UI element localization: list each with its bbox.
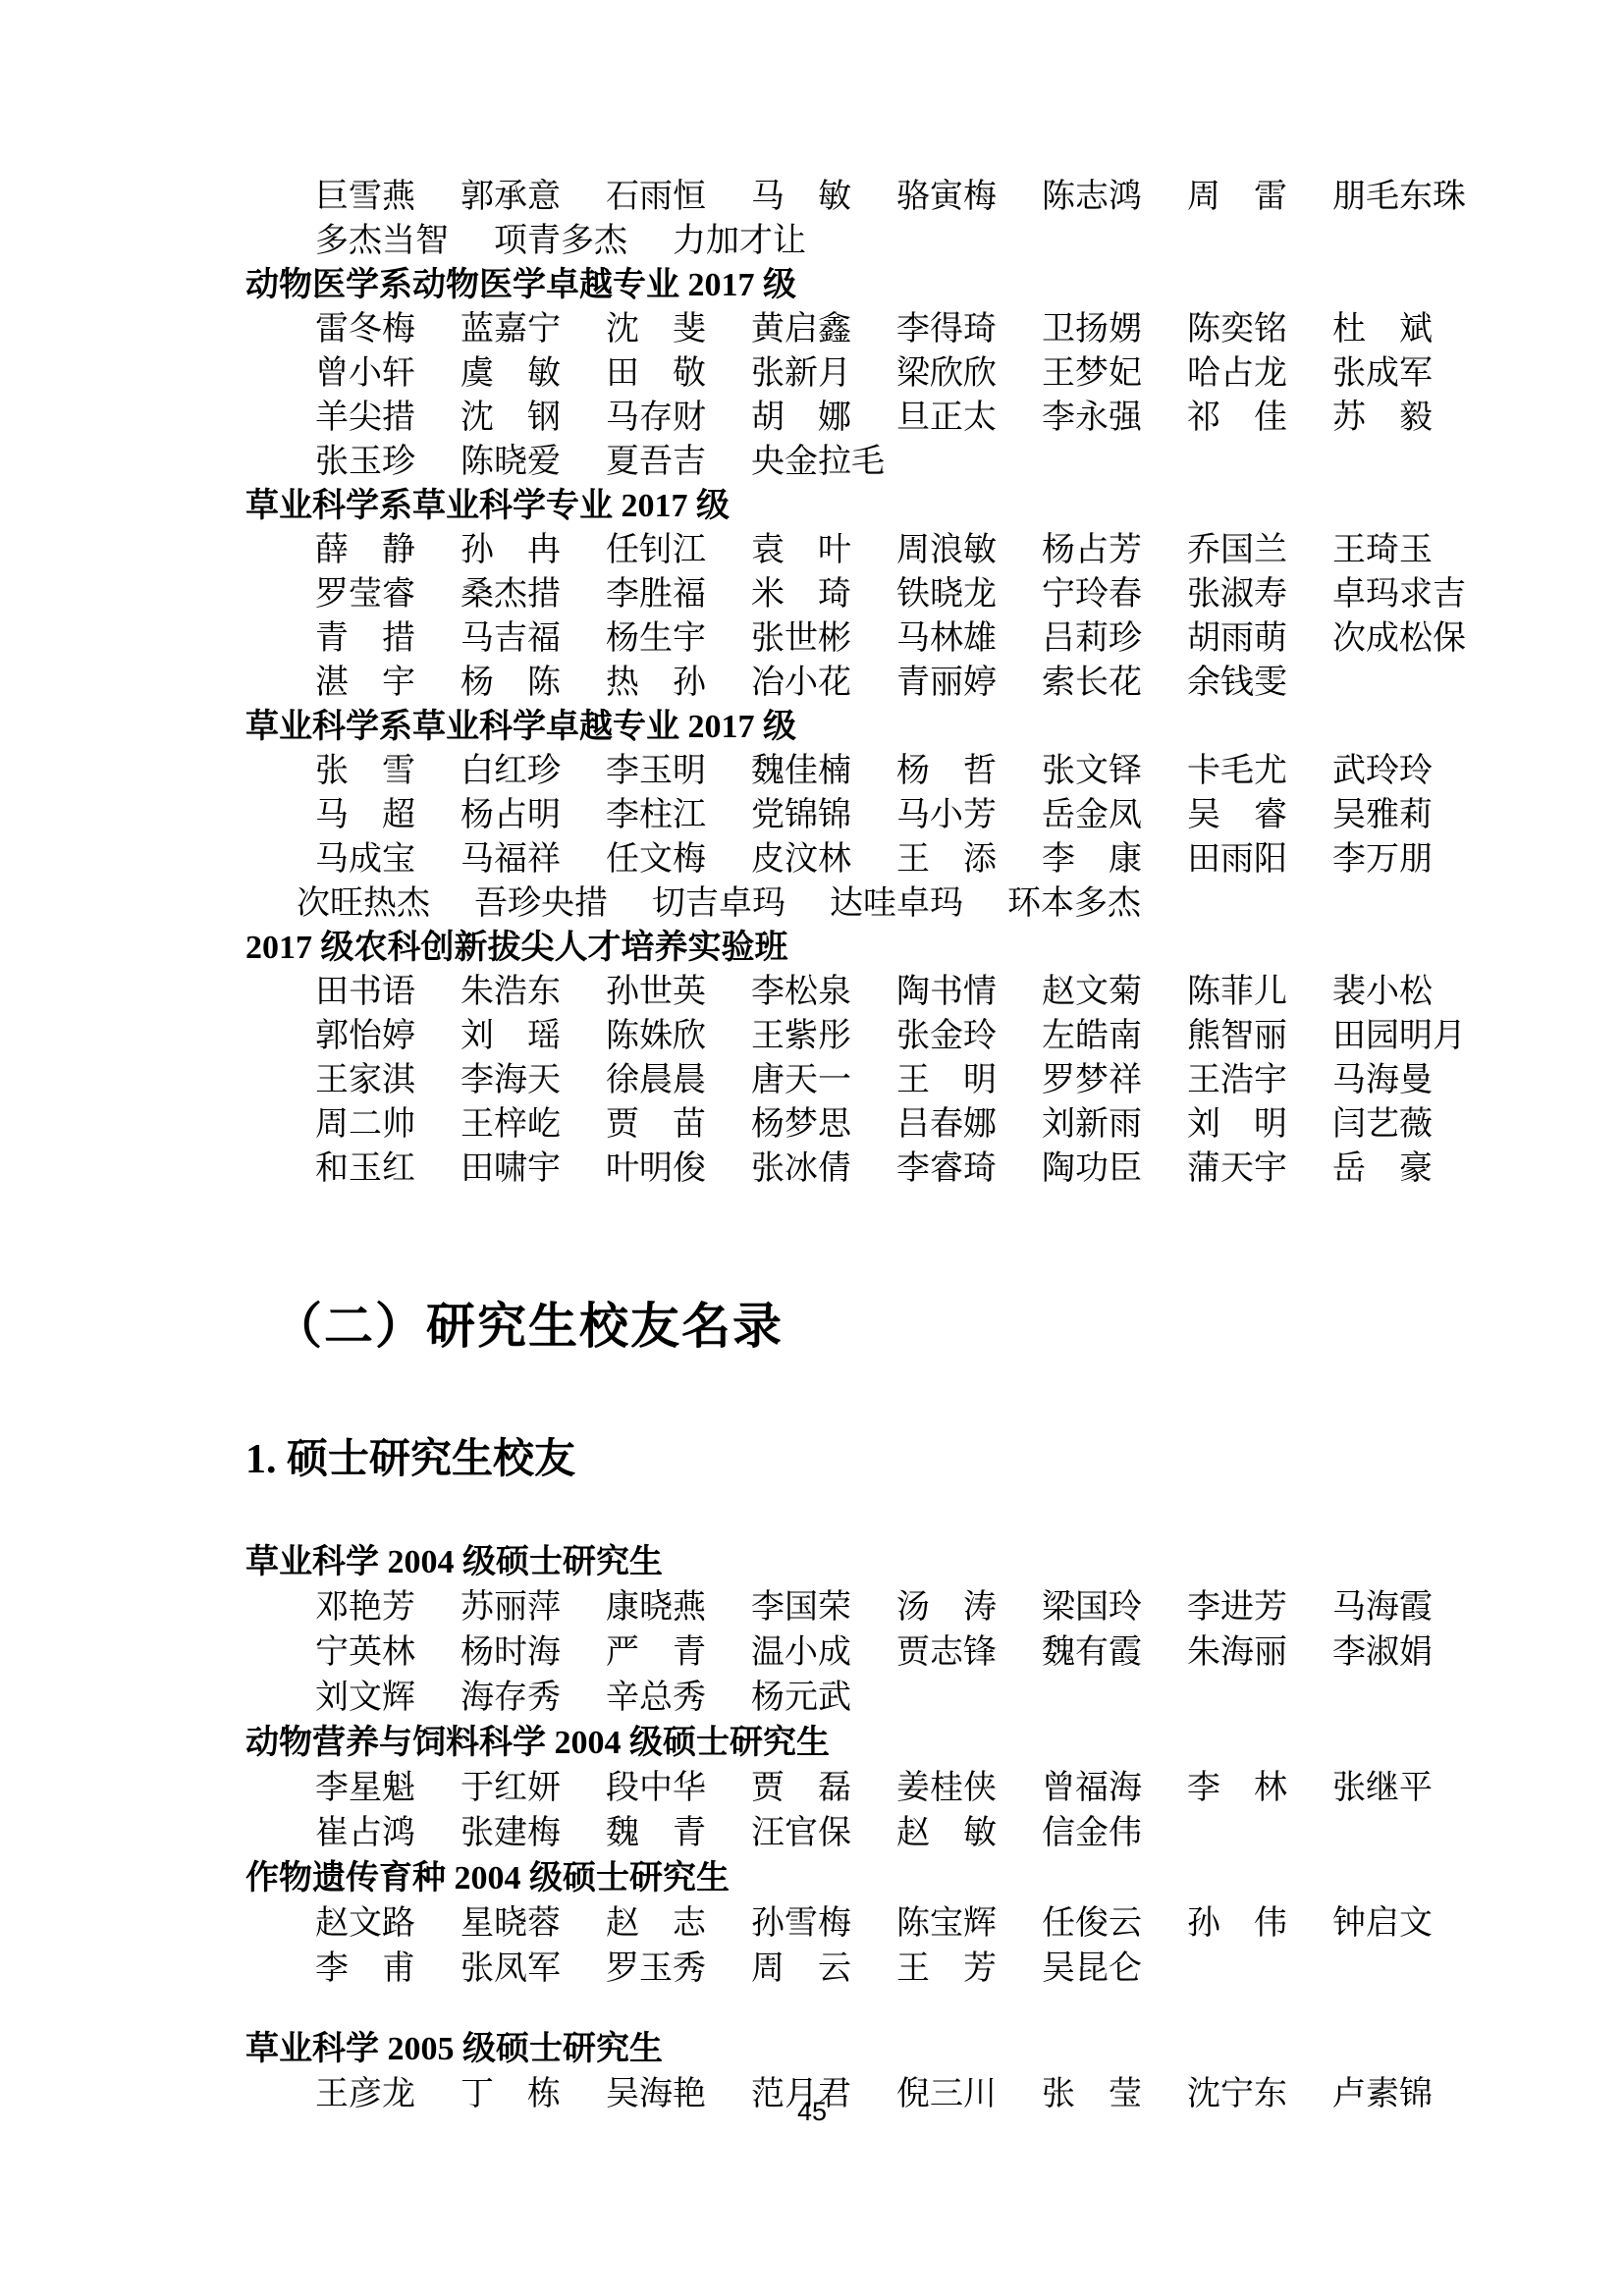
person-name: 孙雪梅 [751, 1901, 851, 1947]
person-name: 青丽婷 [896, 661, 997, 705]
name-row: 湛 宇杨 陈热 孙冶小花青丽婷索长花余钱雯 [245, 661, 1457, 705]
person-name: 宁玲春 [1042, 572, 1142, 616]
name-row: 宁英林杨时海严 青温小成贾志锋魏有霞朱海丽李淑娟 [245, 1630, 1457, 1676]
person-name: 骆寅梅 [896, 175, 997, 219]
person-name: 朋毛东珠 [1332, 175, 1466, 219]
person-name: 吕莉珍 [1042, 616, 1142, 661]
person-name: 陈志鸿 [1042, 175, 1142, 219]
person-name: 朱浩东 [460, 970, 561, 1014]
person-name: 钟启文 [1332, 1901, 1433, 1947]
person-name: 裴小松 [1332, 970, 1433, 1014]
person-name: 杨占明 [460, 793, 561, 837]
person-name: 铁晓龙 [896, 572, 997, 616]
document-page: 巨雪燕郭承意石雨恒马 敏骆寅梅陈志鸿周 雷朋毛东珠 多杰当智项青多杰力加才让 动… [0, 0, 1624, 2296]
person-name: 余钱雯 [1187, 661, 1287, 705]
person-name: 马存财 [606, 396, 706, 440]
person-name: 田啸宇 [460, 1147, 561, 1191]
name-row: 周二帅王梓屹贾 苗杨梦思吕春娜刘新雨刘 明闫艺薇 [245, 1102, 1457, 1147]
person-name: 罗梦祥 [1042, 1058, 1142, 1102]
person-name: 闫艺薇 [1332, 1102, 1433, 1147]
person-name: 湛 宇 [315, 661, 415, 705]
person-name: 汤 涛 [896, 1585, 997, 1630]
person-name: 张淑寿 [1187, 572, 1287, 616]
person-name: 汪官保 [751, 1811, 851, 1856]
name-row: 马成宝马福祥任文梅皮汶林王 添李 康田雨阳李万朋 [245, 837, 1457, 881]
graduate-roster: 草业科学 2004 级硕士研究生 邓艳芳苏丽萍康晓燕李国荣汤 涛梁国玲李进芳马海… [245, 1540, 1457, 2117]
person-name: 李万朋 [1332, 837, 1433, 881]
person-name: 赵 志 [606, 1901, 706, 1947]
person-name: 索长花 [1042, 661, 1142, 705]
person-name: 石雨恒 [606, 175, 706, 219]
person-name: 周 云 [751, 1947, 851, 1992]
name-row: 雷冬梅蓝嘉宁沈 斐黄启鑫李得琦卫扬娚陈奕铭杜 斌 [245, 307, 1457, 351]
person-name: 袁 叶 [751, 528, 851, 572]
person-name: 马小芳 [896, 793, 997, 837]
person-name: 任俊云 [1042, 1901, 1142, 1947]
person-name: 田雨阳 [1187, 837, 1287, 881]
section: 作物遗传育种 2004 级硕士研究生 赵文路星晓蓉赵 志孙雪梅陈宝辉任俊云孙 伟… [245, 1856, 1457, 1992]
person-name: 赵 敏 [896, 1811, 997, 1856]
person-name: 蓝嘉宁 [460, 307, 561, 351]
person-name: 任钊江 [606, 528, 706, 572]
person-name: 李睿琦 [896, 1147, 997, 1191]
person-name: 严 青 [606, 1630, 706, 1676]
name-row: 崔占鸿张建梅魏 青汪官保赵 敏信金伟 [245, 1811, 1457, 1856]
person-name: 张金玲 [896, 1014, 997, 1058]
person-name: 羊尖措 [315, 396, 415, 440]
person-name: 旦正太 [896, 396, 997, 440]
person-name: 杨 哲 [896, 749, 997, 793]
person-name: 吕春娜 [896, 1102, 997, 1147]
person-name: 胡 娜 [751, 396, 851, 440]
person-name: 宁英林 [315, 1630, 415, 1676]
person-name: 热 孙 [606, 661, 706, 705]
person-name: 王浩宇 [1187, 1058, 1287, 1102]
person-name: 李永强 [1042, 396, 1142, 440]
person-name: 苏 毅 [1332, 396, 1433, 440]
name-row: 李 甫张凤军罗玉秀周 云王 芳吴昆仑 [245, 1947, 1457, 1992]
person-name: 和玉红 [315, 1147, 415, 1191]
person-name: 王 明 [896, 1058, 997, 1102]
person-name: 吾珍央措 [474, 881, 608, 926]
person-name: 张新月 [751, 351, 851, 396]
subsection-heading: 1. 硕士研究生校友 [245, 1436, 1457, 1483]
person-name: 乔国兰 [1187, 528, 1287, 572]
person-name: 岳金凤 [1042, 793, 1142, 837]
section: 2017 级农科创新拔尖人才培养实验班 田书语朱浩东孙世英李松泉陶书情赵文菊陈菲… [245, 926, 1457, 1191]
person-name: 李松泉 [751, 970, 851, 1014]
person-name: 周浪敏 [896, 528, 997, 572]
name-row: 和玉红田啸宇叶明俊张冰倩李睿琦陶功臣蒲天宇岳 豪 [245, 1147, 1457, 1191]
name-row: 青 措马吉福杨生宇张世彬马林雄吕莉珍胡雨萌次成松保 [245, 616, 1457, 661]
person-name: 李玉明 [606, 749, 706, 793]
person-name: 李柱江 [606, 793, 706, 837]
person-name: 梁欣欣 [896, 351, 997, 396]
person-name: 赵文菊 [1042, 970, 1142, 1014]
person-name: 吴雅莉 [1332, 793, 1433, 837]
person-name: 武玲玲 [1332, 749, 1433, 793]
person-name: 王琦玉 [1332, 528, 1433, 572]
person-name: 李 甫 [315, 1947, 415, 1992]
person-name: 杨 陈 [460, 661, 561, 705]
person-name: 刘 瑶 [460, 1014, 561, 1058]
person-name: 信金伟 [1042, 1811, 1142, 1856]
person-name: 青 措 [315, 616, 415, 661]
person-name: 桑杰措 [460, 572, 561, 616]
person-name: 次成松保 [1332, 616, 1466, 661]
person-name: 李得琦 [896, 307, 997, 351]
person-name: 杨梦思 [751, 1102, 851, 1147]
name-row: 张 雪白红珍李玉明魏佳楠杨 哲张文铎卡毛尤武玲玲 [245, 749, 1457, 793]
person-name: 康晓燕 [606, 1585, 706, 1630]
section: 草业科学系草业科学专业 2017 级 薛 静孙 冉任钊江袁 叶周浪敏杨占芳乔国兰… [245, 484, 1457, 705]
person-name: 张文铎 [1042, 749, 1142, 793]
person-name: 马 敏 [751, 175, 851, 219]
person-name: 卫扬娚 [1042, 307, 1142, 351]
person-name: 赵文路 [315, 1901, 415, 1947]
person-name: 辛总秀 [606, 1676, 706, 1721]
person-name: 陈晓爱 [460, 440, 561, 484]
person-name: 卡毛尤 [1187, 749, 1287, 793]
person-name: 央金拉毛 [751, 440, 885, 484]
section-heading: 草业科学 2005 级硕士研究生 [245, 2027, 1457, 2072]
person-name: 陈奕铭 [1187, 307, 1287, 351]
person-name: 陈宝辉 [896, 1901, 997, 1947]
person-name: 周 雷 [1187, 175, 1287, 219]
person-name: 多杰当智 [315, 219, 449, 263]
person-name: 罗玉秀 [606, 1947, 706, 1992]
person-name: 魏 青 [606, 1811, 706, 1856]
person-name: 张继平 [1332, 1766, 1433, 1811]
name-row: 郭怡婷刘 瑶陈姝欣王紫彤张金玲左皓南熊智丽田园明月 [245, 1014, 1457, 1058]
section-heading: 作物遗传育种 2004 级硕士研究生 [245, 1856, 1457, 1901]
person-name: 邓艳芳 [315, 1585, 415, 1630]
person-name: 蒲天宇 [1187, 1147, 1287, 1191]
person-name: 党锦锦 [751, 793, 851, 837]
person-name: 张成军 [1332, 351, 1433, 396]
section-heading: 草业科学系草业科学卓越专业 2017 级 [245, 705, 1457, 749]
person-name: 岳 豪 [1332, 1147, 1433, 1191]
name-row: 李星魁于红妍段中华贾 磊姜桂侠曾福海李 林张继平 [245, 1766, 1457, 1811]
person-name: 杨占芳 [1042, 528, 1142, 572]
person-name: 刘新雨 [1042, 1102, 1142, 1147]
person-name: 冶小花 [751, 661, 851, 705]
person-name: 项青多杰 [494, 219, 627, 263]
person-name: 陶书情 [896, 970, 997, 1014]
person-name: 左皓南 [1042, 1014, 1142, 1058]
person-name: 海存秀 [460, 1676, 561, 1721]
person-name: 叶明俊 [606, 1147, 706, 1191]
person-name: 郭怡婷 [315, 1014, 415, 1058]
person-name: 孙 伟 [1187, 1901, 1287, 1947]
person-name: 刘文辉 [315, 1676, 415, 1721]
person-name: 李 康 [1042, 837, 1142, 881]
person-name: 张凤军 [460, 1947, 561, 1992]
name-row: 王家淇李海天徐晨晨唐天一王 明罗梦祥王浩宇马海曼 [245, 1058, 1457, 1102]
section-heading: 草业科学 2004 级硕士研究生 [245, 1540, 1457, 1585]
person-name: 姜桂侠 [896, 1766, 997, 1811]
person-name: 马 超 [315, 793, 415, 837]
person-name: 魏有霞 [1042, 1630, 1142, 1676]
person-name: 孙世英 [606, 970, 706, 1014]
person-name: 王家淇 [315, 1058, 415, 1102]
name-row: 邓艳芳苏丽萍康晓燕李国荣汤 涛梁国玲李进芳马海霞 [245, 1585, 1457, 1630]
person-name: 孙 冉 [460, 528, 561, 572]
person-name: 星晓蓉 [460, 1901, 561, 1947]
person-name: 王 芳 [896, 1947, 997, 1992]
person-name: 王紫彤 [751, 1014, 851, 1058]
person-name: 虞 敏 [460, 351, 561, 396]
name-row: 刘文辉海存秀辛总秀杨元武 [245, 1676, 1457, 1721]
person-name: 周二帅 [315, 1102, 415, 1147]
person-name: 张 雪 [315, 749, 415, 793]
name-row: 赵文路星晓蓉赵 志孙雪梅陈宝辉任俊云孙 伟钟启文 [245, 1901, 1457, 1947]
name-row: 多杰当智项青多杰力加才让 [245, 219, 1457, 263]
person-name: 哈占龙 [1187, 351, 1287, 396]
person-name: 马林雄 [896, 616, 997, 661]
person-name: 田书语 [315, 970, 415, 1014]
person-name: 沈 钢 [460, 396, 561, 440]
person-name: 薛 静 [315, 528, 415, 572]
person-name: 田园明月 [1332, 1014, 1466, 1058]
person-name: 陈姝欣 [606, 1014, 706, 1058]
person-name: 李进芳 [1187, 1585, 1287, 1630]
person-name: 罗莹睿 [315, 572, 415, 616]
person-name: 贾 磊 [751, 1766, 851, 1811]
person-name: 雷冬梅 [315, 307, 415, 351]
person-name: 李国荣 [751, 1585, 851, 1630]
person-name: 李淑娟 [1332, 1630, 1433, 1676]
name-row: 曾小轩虞 敏田 敬张新月梁欣欣王梦妃哈占龙张成军 [245, 351, 1457, 396]
person-name: 张建梅 [460, 1811, 561, 1856]
person-name: 切吉卓玛 [652, 881, 785, 926]
person-name: 达哇卓玛 [830, 881, 963, 926]
person-name: 杨元武 [751, 1676, 851, 1721]
person-name: 次旺热杰 [297, 881, 430, 926]
person-name: 张世彬 [751, 616, 851, 661]
person-name: 杨生宇 [606, 616, 706, 661]
person-name: 张玉珍 [315, 440, 415, 484]
person-name: 徐晨晨 [606, 1058, 706, 1102]
name-row: 张玉珍陈晓爱夏吾吉央金拉毛 [245, 440, 1457, 484]
person-name: 曾小轩 [315, 351, 415, 396]
section: 动物营养与饲料科学 2004 级硕士研究生 李星魁于红妍段中华贾 磊姜桂侠曾福海… [245, 1721, 1457, 1856]
person-name: 魏佳楠 [751, 749, 851, 793]
person-name: 巨雪燕 [315, 175, 415, 219]
person-name: 熊智丽 [1187, 1014, 1287, 1058]
person-name: 苏丽萍 [460, 1585, 561, 1630]
person-name: 马成宝 [315, 837, 415, 881]
person-name: 夏吾吉 [606, 440, 706, 484]
section-heading: 动物医学系动物医学卓越专业 2017 级 [245, 263, 1457, 307]
section-heading: 动物营养与饲料科学 2004 级硕士研究生 [245, 1721, 1457, 1766]
section: 草业科学系草业科学卓越专业 2017 级 张 雪白红珍李玉明魏佳楠杨 哲张文铎卡… [245, 705, 1457, 926]
person-name: 田 敬 [606, 351, 706, 396]
person-name: 任文梅 [606, 837, 706, 881]
section-heading: 草业科学系草业科学专业 2017 级 [245, 484, 1457, 528]
person-name: 力加才让 [673, 219, 806, 263]
person-name: 卓玛求吉 [1332, 572, 1466, 616]
person-name: 祁 佳 [1187, 396, 1287, 440]
person-name: 唐天一 [751, 1058, 851, 1102]
person-name: 段中华 [606, 1766, 706, 1811]
person-name: 杜 斌 [1332, 307, 1433, 351]
person-name: 李 林 [1187, 1766, 1287, 1811]
name-row: 次旺热杰吾珍央措切吉卓玛达哇卓玛环本多杰 [245, 881, 1457, 926]
person-name: 王梓屹 [460, 1102, 561, 1147]
person-name: 陈菲儿 [1187, 970, 1287, 1014]
section: 草业科学 2004 级硕士研究生 邓艳芳苏丽萍康晓燕李国荣汤 涛梁国玲李进芳马海… [245, 1540, 1457, 1721]
person-name: 张冰倩 [751, 1147, 851, 1191]
person-name: 黄启鑫 [751, 307, 851, 351]
person-name: 杨时海 [460, 1630, 561, 1676]
section: 动物医学系动物医学卓越专业 2017 级 雷冬梅蓝嘉宁沈 斐黄启鑫李得琦卫扬娚陈… [245, 263, 1457, 484]
page-number: 45 [0, 2097, 1624, 2127]
name-row: 马 超杨占明李柱江党锦锦马小芳岳金凤吴 睿吴雅莉 [245, 793, 1457, 837]
person-name: 白红珍 [460, 749, 561, 793]
person-name: 吴 睿 [1187, 793, 1287, 837]
person-name: 米 琦 [751, 572, 851, 616]
person-name: 崔占鸿 [315, 1811, 415, 1856]
person-name: 王 添 [896, 837, 997, 881]
person-name: 环本多杰 [1007, 881, 1141, 926]
person-name: 马福祥 [460, 837, 561, 881]
person-name: 吴昆仑 [1042, 1947, 1142, 1992]
section-heading: 2017 级农科创新拔尖人才培养实验班 [245, 926, 1457, 970]
person-name: 沈 斐 [606, 307, 706, 351]
name-row: 薛 静孙 冉任钊江袁 叶周浪敏杨占芳乔国兰王琦玉 [245, 528, 1457, 572]
person-name: 温小成 [751, 1630, 851, 1676]
person-name: 贾 苗 [606, 1102, 706, 1147]
person-name: 李海天 [460, 1058, 561, 1102]
name-row: 田书语朱浩东孙世英李松泉陶书情赵文菊陈菲儿裴小松 [245, 970, 1457, 1014]
person-name: 李星魁 [315, 1766, 415, 1811]
person-name: 马海霞 [1332, 1585, 1433, 1630]
name-row: 羊尖措沈 钢马存财胡 娜旦正太李永强祁 佳苏 毅 [245, 396, 1457, 440]
section: 巨雪燕郭承意石雨恒马 敏骆寅梅陈志鸿周 雷朋毛东珠 多杰当智项青多杰力加才让 [245, 175, 1457, 263]
person-name: 王梦妃 [1042, 351, 1142, 396]
person-name: 李胜福 [606, 572, 706, 616]
person-name: 马吉福 [460, 616, 561, 661]
person-name: 胡雨萌 [1187, 616, 1287, 661]
person-name: 皮汶林 [751, 837, 851, 881]
name-row: 巨雪燕郭承意石雨恒马 敏骆寅梅陈志鸿周 雷朋毛东珠 [245, 175, 1457, 219]
person-name: 郭承意 [460, 175, 561, 219]
person-name: 马海曼 [1332, 1058, 1433, 1102]
person-name: 陶功臣 [1042, 1147, 1142, 1191]
name-row: 罗莹睿桑杰措李胜福米 琦铁晓龙宁玲春张淑寿卓玛求吉 [245, 572, 1457, 616]
person-name: 朱海丽 [1187, 1630, 1287, 1676]
person-name: 于红妍 [460, 1766, 561, 1811]
person-name: 贾志锋 [896, 1630, 997, 1676]
undergrad-roster-continued: 巨雪燕郭承意石雨恒马 敏骆寅梅陈志鸿周 雷朋毛东珠 多杰当智项青多杰力加才让 动… [245, 175, 1457, 1191]
chapter-heading: （二）研究生校友名录 [273, 1299, 1457, 1354]
person-name: 刘 明 [1187, 1102, 1287, 1147]
person-name: 曾福海 [1042, 1766, 1142, 1811]
person-name: 梁国玲 [1042, 1585, 1142, 1630]
